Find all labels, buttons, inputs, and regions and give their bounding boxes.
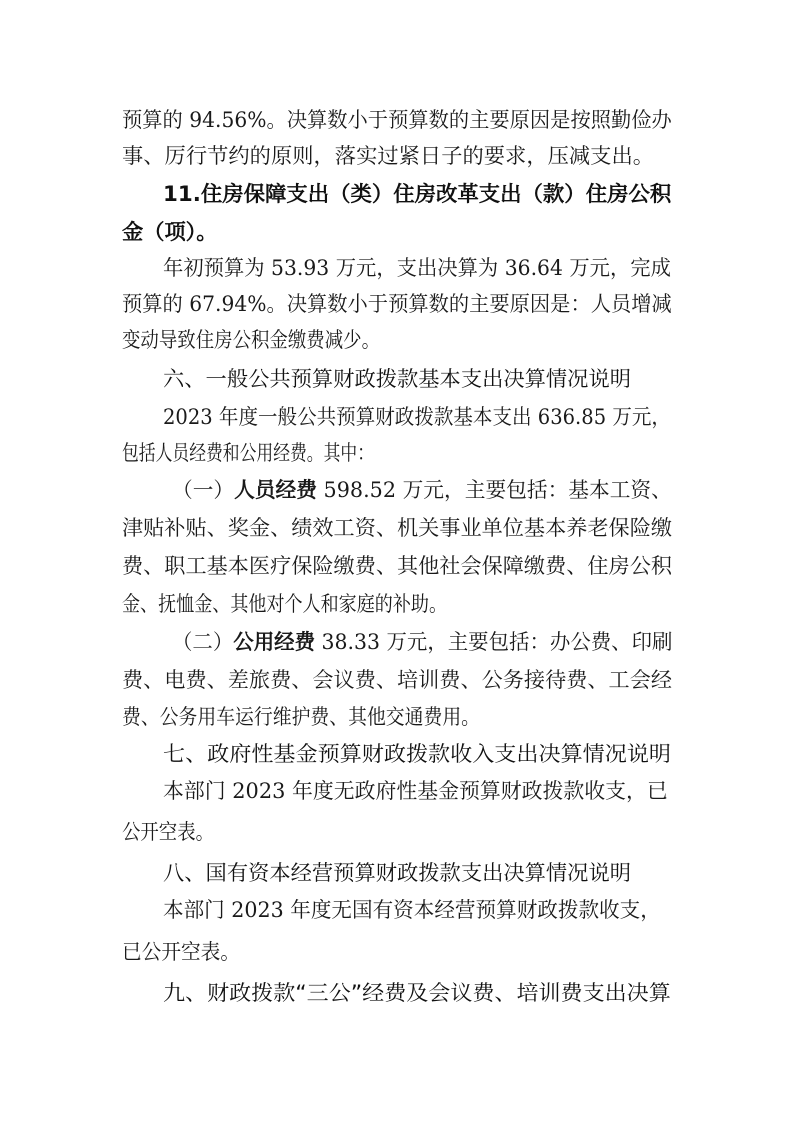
body-text-line: 公开空表。 (122, 817, 214, 847)
body-text-line: 2023 年度一般公共预算财政拨款基本支出 636.85 万元， (163, 402, 671, 432)
bold-term: 公用经费 (233, 630, 315, 654)
subsection-heading: 11.住房保障支出（类）住房改革支出（款）住房公积 (163, 179, 671, 209)
body-text-line: 预算的 67.94%。决算数小于预算数的主要原因是：人员增减 (122, 289, 672, 319)
body-text-line: 包括人员经费和公用经费。其中： (122, 438, 374, 468)
body-text-line: 津贴补贴、奖金、绩效工资、机关事业单位基本养老保险缴 (122, 513, 672, 543)
inline-text: 598.52 万元，主要包括：基本工资、 (317, 478, 672, 502)
body-text-line: 费、公务用车运行维护费、其他交通费用。 (122, 702, 480, 732)
body-text-line: （二）公用经费 38.33 万元，主要包括：办公费、印刷 (172, 627, 672, 657)
body-text-line: 本部门 2023 年度无国有资本经营预算财政拨款收支， (163, 895, 661, 925)
bold-term: 人员经费 (234, 478, 317, 502)
body-text-line: 预算的 94.56%。决算数小于预算数的主要原因是按照勤俭办 (122, 105, 672, 135)
body-text-line: 本部门 2023 年度无政府性基金预算财政拨款收支，已 (163, 776, 668, 806)
document-page: 预算的 94.56%。决算数小于预算数的主要原因是按照勤俭办事、厉行节约的原则，… (0, 0, 793, 1122)
body-text-line: 年初预算为 53.93 万元，支出决算为 36.64 万元，完成 (163, 253, 671, 283)
body-text-line: 费、电费、差旅费、会议费、培训费、公务接待费、工会经 (122, 665, 672, 695)
body-text-line: 事、厉行节约的原则，落实过紧日子的要求，压减支出。 (122, 141, 654, 171)
section-heading: 七、政府性基金预算财政拨款收入支出决算情况说明 (163, 739, 671, 769)
section-heading: 九、财政拨款“三公”经费及会议费、培训费支出决算 (163, 978, 671, 1008)
inline-text: （一） (172, 478, 234, 502)
body-text-line: （一）人员经费 598.52 万元，主要包括：基本工资、 (172, 475, 672, 505)
section-heading: 六、一般公共预算财政拨款基本支出决算情况说明 (163, 364, 631, 394)
section-heading: 八、国有资本经营预算财政拨款支出决算情况说明 (163, 858, 631, 888)
subsection-heading: 金（项）。 (122, 217, 217, 247)
body-text-line: 费、职工基本医疗保险缴费、其他社会保障缴费、住房公积 (122, 551, 672, 581)
body-text-line: 金、抚恤金、其他对个人和家庭的补助。 (122, 589, 447, 619)
inline-text: （二） (172, 630, 233, 654)
inline-text: 38.33 万元，主要包括：办公费、印刷 (315, 630, 672, 654)
body-text-line: 已公开空表。 (122, 937, 240, 967)
body-text-line: 变动导致住房公积金缴费减少。 (122, 325, 380, 355)
